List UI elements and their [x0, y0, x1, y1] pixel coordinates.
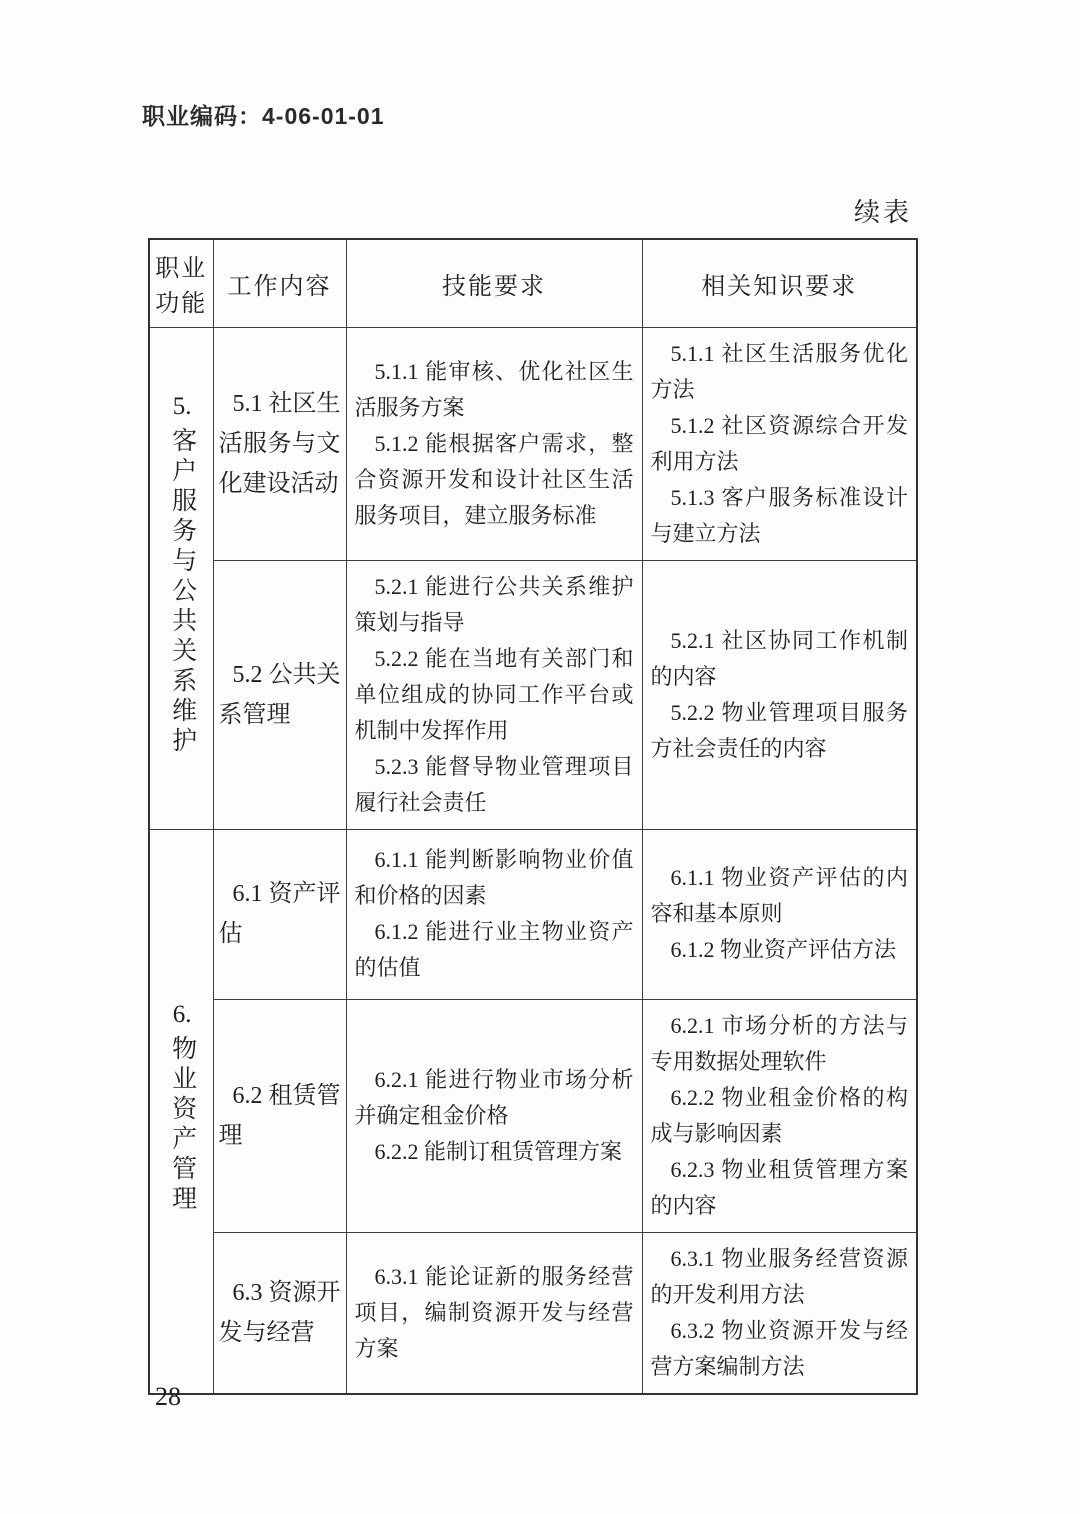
skill-cell-5-2: 5.2.1 能进行公共关系维护策划与指导 5.2.2 能在当地有关部门和单位组成… — [346, 560, 642, 829]
table-row-5-1: 5.客户服务与公共关系维护 5.1 社区生活服务与文化建设活动 5.1.1 能审… — [149, 327, 917, 560]
knowledge-cell-6-2: 6.2.1 市场分析的方法与专用数据处理软件 6.2.2 物业租金价格的构成与影… — [642, 999, 917, 1232]
work-content-text: 6.2 租赁管理 — [219, 1076, 341, 1156]
work-content-cell-6-1: 6.1 资产评估 — [213, 829, 346, 999]
function-name-6: 物业资产管理 — [169, 1035, 196, 1215]
work-content-cell-5-2: 5.2 公共关系管理 — [213, 560, 346, 829]
skill-item: 6.1.1 能判断影响物业价值和价格的因素 — [355, 842, 634, 914]
table-row-6-3: 6.3 资源开发与经营 6.3.1 能论证新的服务经营项目，编制资源开发与经营方… — [149, 1232, 917, 1394]
skill-item: 5.2.3 能督导物业管理项目履行社会责任 — [355, 749, 634, 821]
knowledge-item: 6.3.1 物业服务经营资源的开发利用方法 — [651, 1241, 909, 1313]
header-cell-work-content: 工作内容 — [213, 239, 346, 327]
function-cell-5: 5.客户服务与公共关系维护 — [149, 327, 213, 829]
skill-cell-6-1: 6.1.1 能判断影响物业价值和价格的因素 6.1.2 能进行业主物业资产的估值 — [346, 829, 642, 999]
work-content-cell-5-1: 5.1 社区生活服务与文化建设活动 — [213, 327, 346, 560]
work-content-text: 5.2 公共关系管理 — [219, 655, 341, 735]
skill-item: 5.1.1 能审核、优化社区生活服务方案 — [355, 354, 634, 426]
requirements-table: 职业功能 工作内容 技能要求 相关知识要求 5.客户服务与公共关系维护 5.1 … — [148, 238, 918, 1395]
work-content-cell-6-3: 6.3 资源开发与经营 — [213, 1232, 346, 1394]
function-cell-6: 6.物业资产管理 — [149, 829, 213, 1394]
function-label-6: 6.物业资产管理 — [167, 1002, 196, 1215]
skill-cell-6-2: 6.2.1 能进行物业市场分析并确定租金价格 6.2.2 能制订租赁管理方案 — [346, 999, 642, 1232]
table-header-row: 职业功能 工作内容 技能要求 相关知识要求 — [149, 239, 917, 327]
knowledge-item: 5.2.1 社区协同工作机制的内容 — [651, 623, 909, 695]
knowledge-item: 6.1.2 物业资产评估方法 — [651, 932, 909, 968]
knowledge-cell-6-3: 6.3.1 物业服务经营资源的开发利用方法 6.3.2 物业资源开发与经营方案编… — [642, 1232, 917, 1394]
work-content-cell-6-2: 6.2 租赁管理 — [213, 999, 346, 1232]
skill-cell-6-3: 6.3.1 能论证新的服务经营项目，编制资源开发与经营方案 — [346, 1232, 642, 1394]
knowledge-cell-5-1: 5.1.1 社区生活服务优化方法 5.1.2 社区资源综合开发利用方法 5.1.… — [642, 327, 917, 560]
skill-item: 5.2.1 能进行公共关系维护策划与指导 — [355, 569, 634, 641]
work-content-text: 6.3 资源开发与经营 — [219, 1273, 341, 1353]
work-content-text: 6.1 资产评估 — [219, 874, 341, 954]
skill-item: 6.2.2 能制订租赁管理方案 — [355, 1134, 634, 1170]
knowledge-item: 6.3.2 物业资源开发与经营方案编制方法 — [651, 1313, 909, 1385]
knowledge-item: 5.1.1 社区生活服务优化方法 — [651, 336, 909, 408]
document-page: 职业编码：4-06-01-01 续表 职业功能 工作内容 技能要求 相关知识要求… — [0, 0, 1080, 1514]
knowledge-item: 6.2.3 物业租赁管理方案的内容 — [651, 1152, 909, 1224]
work-content-text: 5.1 社区生活服务与文化建设活动 — [219, 384, 341, 504]
knowledge-cell-5-2: 5.2.1 社区协同工作机制的内容 5.2.2 物业管理项目服务方社会责任的内容 — [642, 560, 917, 829]
occupation-code: 职业编码：4-06-01-01 — [142, 98, 385, 131]
skill-item: 5.2.2 能在当地有关部门和单位组成的协同工作平台或机制中发挥作用 — [355, 641, 634, 749]
knowledge-cell-6-1: 6.1.1 物业资产评估的内容和基本原则 6.1.2 物业资产评估方法 — [642, 829, 917, 999]
knowledge-item: 6.2.1 市场分析的方法与专用数据处理软件 — [651, 1008, 909, 1080]
skill-cell-5-1: 5.1.1 能审核、优化社区生活服务方案 5.1.2 能根据客户需求，整合资源开… — [346, 327, 642, 560]
function-name-5: 客户服务与公共关系维护 — [169, 427, 196, 757]
knowledge-item: 5.1.2 社区资源综合开发利用方法 — [651, 408, 909, 480]
page-number: 28 — [155, 1382, 181, 1412]
skill-item: 6.2.1 能进行物业市场分析并确定租金价格 — [355, 1062, 634, 1134]
function-number-5: 5. — [169, 394, 196, 419]
skill-item: 6.1.2 能进行业主物业资产的估值 — [355, 914, 634, 986]
function-number-6: 6. — [169, 1002, 196, 1027]
header-cell-knowledge-requirements: 相关知识要求 — [642, 239, 917, 327]
table-row-6-1: 6.物业资产管理 6.1 资产评估 6.1.1 能判断影响物业价值和价格的因素 … — [149, 829, 917, 999]
skill-item: 6.3.1 能论证新的服务经营项目，编制资源开发与经营方案 — [355, 1259, 634, 1367]
table-row-5-2: 5.2 公共关系管理 5.2.1 能进行公共关系维护策划与指导 5.2.2 能在… — [149, 560, 917, 829]
skill-item: 5.1.2 能根据客户需求，整合资源开发和设计社区生活服务项目，建立服务标准 — [355, 426, 634, 534]
knowledge-item: 5.2.2 物业管理项目服务方社会责任的内容 — [651, 695, 909, 767]
table-row-6-2: 6.2 租赁管理 6.2.1 能进行物业市场分析并确定租金价格 6.2.2 能制… — [149, 999, 917, 1232]
continued-table-label: 续表 — [854, 192, 912, 229]
knowledge-item: 5.1.3 客户服务标准设计与建立方法 — [651, 480, 909, 552]
header-cell-occupational-function: 职业功能 — [149, 239, 213, 327]
knowledge-item: 6.2.2 物业租金价格的构成与影响因素 — [651, 1080, 909, 1152]
knowledge-item: 6.1.1 物业资产评估的内容和基本原则 — [651, 860, 909, 932]
function-label-5: 5.客户服务与公共关系维护 — [167, 394, 196, 757]
header-cell-skill-requirements: 技能要求 — [346, 239, 642, 327]
